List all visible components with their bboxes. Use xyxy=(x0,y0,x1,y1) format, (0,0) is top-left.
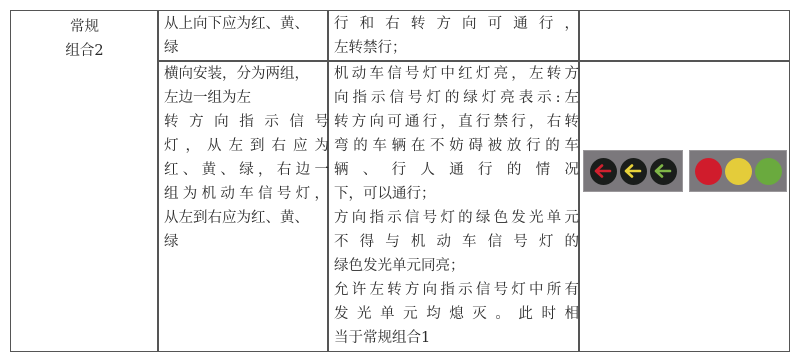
text-line: 绿 xyxy=(164,36,329,60)
yellow-left-arrow-icon xyxy=(620,158,647,185)
text-line: 允许左转方向指示信号灯中所有 xyxy=(334,278,579,302)
text-line: 横向安装，分为两组， xyxy=(164,62,329,86)
text-line: 转方向可通行，直行禁行，右转 xyxy=(334,110,579,134)
text-line: 方向指示信号灯的绿色发光单元 xyxy=(334,206,579,230)
row-header-line: 常规 xyxy=(11,15,158,39)
row1-meaning-cell: 行和右转方向可通行， 左转禁行； xyxy=(334,12,579,60)
red-left-arrow-icon xyxy=(590,158,617,185)
red-light-icon xyxy=(695,158,722,185)
text-line: 左边一组为左 xyxy=(164,86,329,110)
signal-combination-table: 常规 组合2 从上向下应为红、黄、 绿 行和右转方向可通行， 左转禁行； 横向安… xyxy=(10,10,790,352)
text-line: 左转禁行； xyxy=(334,36,579,60)
text-line: 弯的车辆在不妨碍被放行的车 xyxy=(334,134,579,158)
row2-position-cell: 横向安装，分为两组， 左边一组为左 转方向指示信号 灯，从左到右应为 红、黄、绿… xyxy=(164,62,329,254)
text-line: 机动车信号灯中红灯亮，左转方 xyxy=(334,62,579,86)
text-line: 组为机动车信号灯， xyxy=(164,182,329,206)
text-line: 从上向下应为红、黄、 xyxy=(164,12,329,36)
text-line: 转方向指示信号 xyxy=(164,110,329,134)
text-line: 辆、行人通行的情况 xyxy=(334,158,579,182)
yellow-light-icon xyxy=(725,158,752,185)
row1-position-cell: 从上向下应为红、黄、 绿 xyxy=(164,12,329,60)
text-line: 绿色发光单元同亮； xyxy=(334,254,579,278)
text-line: 从左到右应为红、黄、 xyxy=(164,206,329,230)
text-line: 下，可以通行； xyxy=(334,182,579,206)
row2-meaning-cell: 机动车信号灯中红灯亮，左转方 向指示信号灯的绿灯亮表示:左 转方向可通行，直行禁… xyxy=(334,62,579,350)
text-line: 发光单元均熄灭。此时相 xyxy=(334,302,579,326)
green-left-arrow-icon xyxy=(650,158,677,185)
text-line: 不得与机动车信号灯的 xyxy=(334,230,579,254)
row-header-cell: 常规 组合2 xyxy=(11,15,158,63)
text-line: 向指示信号灯的绿灯亮表示:左 xyxy=(334,86,579,110)
left-turn-arrow-signal-illustration xyxy=(583,150,683,192)
text-line: 当于常规组合1 xyxy=(334,326,579,350)
text-line: 灯，从左到右应为 xyxy=(164,134,329,158)
row-header-line: 组合2 xyxy=(11,39,158,63)
text-line: 行和右转方向可通行， xyxy=(334,12,579,36)
green-light-icon xyxy=(755,158,782,185)
vehicle-signal-illustration xyxy=(689,150,787,192)
text-line: 红、黄、绿，右边一 xyxy=(164,158,329,182)
text-line: 绿 xyxy=(164,230,329,254)
